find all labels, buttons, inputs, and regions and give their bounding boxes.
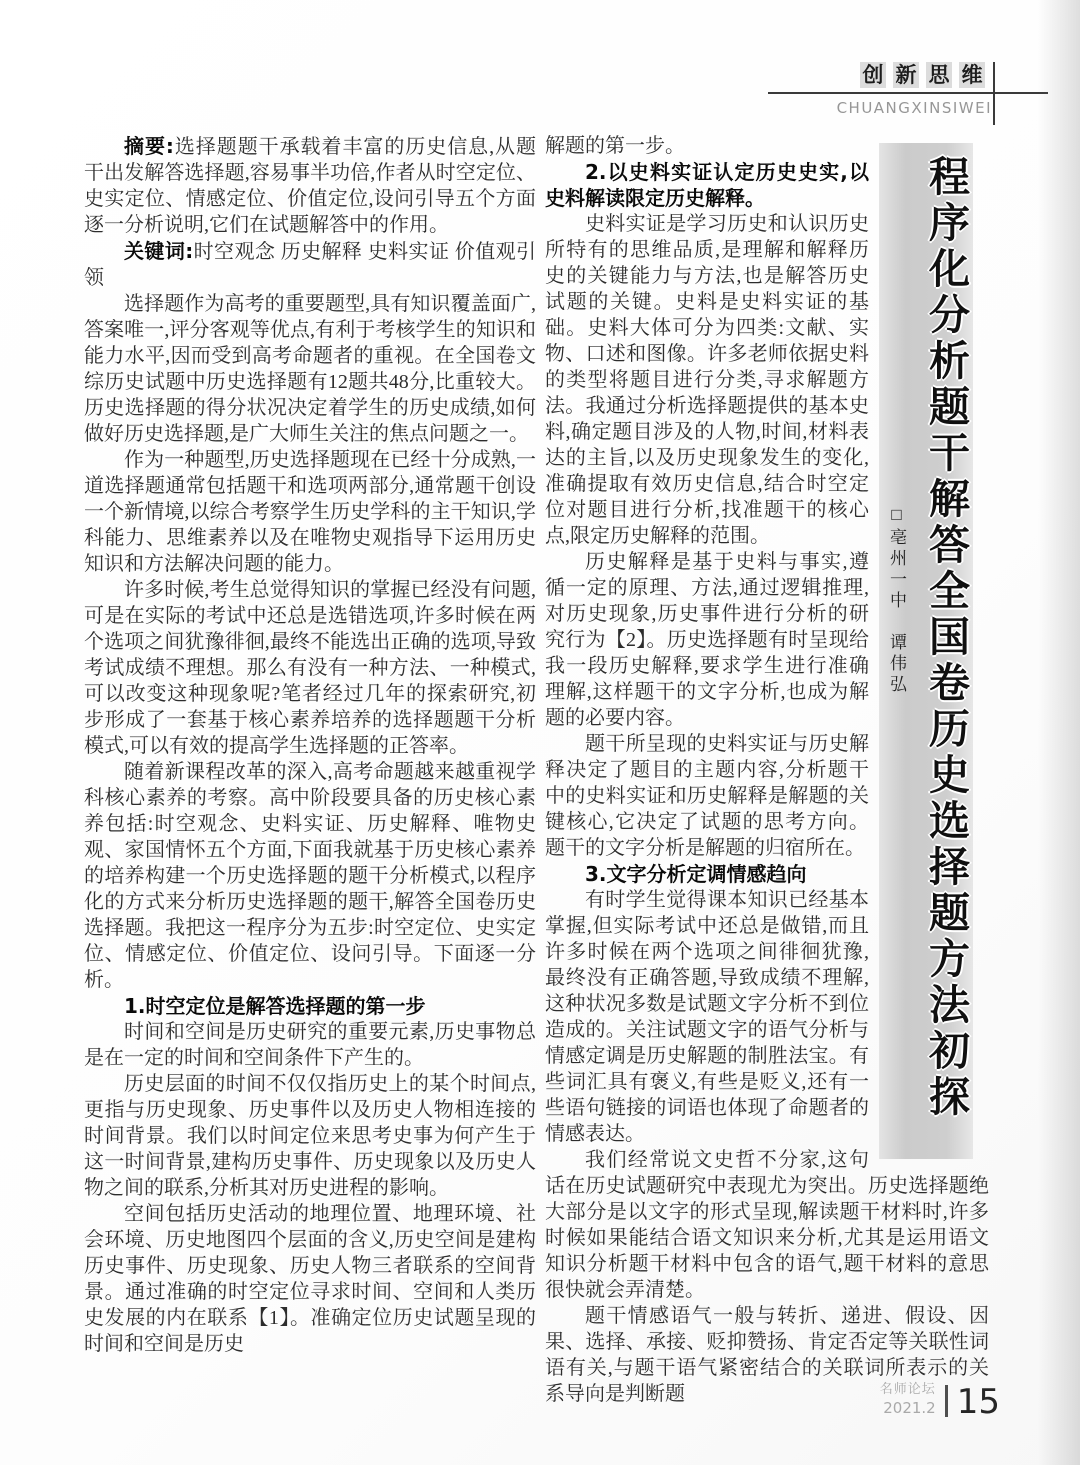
article-title: 程序化分析题干解答全国卷历史选择题方法初探 (917, 155, 975, 1121)
section-header: 创 新 思 维 CHUANGXINSIWEI (768, 62, 1048, 117)
section-heading: 1.时空定位是解答选择题的第一步 (84, 993, 536, 1019)
paragraph: 我们经常说文史哲不分家,这句话在历史试题研究中表现尤为突出。历史选择题绝大部分是… (545, 1147, 989, 1303)
paragraph: 历史层面的时间不仅仅指历史上的某个时间点,更指与历史现象、历史事件以及历史人物相… (84, 1071, 536, 1201)
paragraph: 许多时候,考生总觉得知识的掌握已经没有问题,可是在实际的考试中还总是选错选项,许… (84, 577, 536, 759)
paragraph: 关键词:时空观念 历史解释 史料实证 价值观引领 (84, 238, 536, 291)
paragraph: 选择题作为高考的重要题型,具有知识覆盖面广,答案唯一,评分客观等优点,有利于考核… (84, 291, 536, 447)
journal-name: 名师论坛 (880, 1378, 936, 1397)
page-footer: 名师论坛 2021.2 15 (880, 1378, 1000, 1417)
journal-page: { "page": { "header": { "section_title_c… (0, 0, 1080, 1465)
right-column: 程序化分析题干解答全国卷历史选择题方法初探 □亳州一中 谭伟弘 解题的第一步。2… (545, 133, 989, 1407)
header-rule (768, 92, 1048, 94)
journal-issue: 2021.2 (880, 1399, 936, 1417)
section-subtitle: CHUANGXINSIWEI (768, 99, 1048, 117)
paragraph: 摘要:选择题题干承载着丰富的历史信息,从题干出发解答选择题,容易事半功倍,作者从… (84, 133, 536, 238)
paragraph-lead: 关键词: (124, 239, 193, 263)
badge-char: 新 (893, 62, 919, 88)
paragraph: 空间包括历史活动的地理位置、地理环境、社会环境、历史地图四个层面的含义,历史空间… (84, 1201, 536, 1357)
paragraph: 随着新课程改革的深入,高考命题越来越重视学科核心素养的考察。高中阶段要具备的历史… (84, 759, 536, 993)
header-divider (993, 62, 995, 125)
author-byline: □亳州一中 谭伟弘 (883, 505, 909, 696)
journal-info: 名师论坛 2021.2 (880, 1378, 936, 1417)
article-title-block: 程序化分析题干解答全国卷历史选择题方法初探 □亳州一中 谭伟弘 (877, 133, 989, 1165)
paragraph: 时间和空间是历史研究的重要元素,历史事物总是在一定的时间和空间条件下产生的。 (84, 1019, 536, 1071)
section-title-badge: 创 新 思 维 (768, 62, 1048, 88)
left-column: 摘要:选择题题干承载着丰富的历史信息,从题干出发解答选择题,容易事半功倍,作者从… (84, 133, 536, 1357)
badge-char: 创 (860, 62, 886, 88)
badge-char: 维 (959, 62, 985, 88)
footer-divider (945, 1385, 948, 1417)
page-number: 15 (957, 1387, 1000, 1417)
paragraph: 作为一种题型,历史选择题现在已经十分成熟,一道选择题通常包括题干和选项两部分,通… (84, 447, 536, 577)
badge-char: 思 (926, 62, 952, 88)
paragraph-lead: 摘要: (124, 134, 174, 158)
scan-edge-shadow (1038, 0, 1080, 1465)
